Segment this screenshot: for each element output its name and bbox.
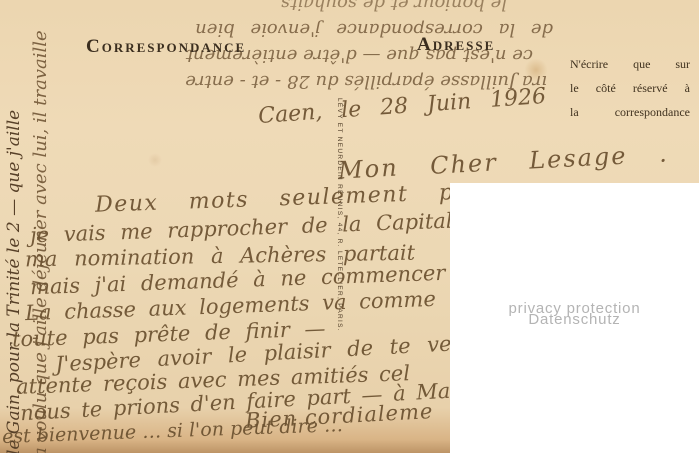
printed-notice: N'écrire que sur le côté réservé à la co… <box>570 52 690 124</box>
privacy-overlay: privacy protection Datenschutz <box>450 183 699 453</box>
correspondance-header: Correspondance <box>86 36 246 58</box>
privacy-overlay-text-de: Datenschutz <box>450 312 699 327</box>
publisher-imprint: LÉVY ET NEURDEIN RÉUNIS, 44, R. LETELLIE… <box>336 98 343 376</box>
salutation: Mon Cher Lesage . <box>337 139 669 184</box>
show-through-line: le bonjour et de souhaits <box>72 0 507 16</box>
notice-line: la correspondance <box>570 100 690 124</box>
postcard-scan: ira Juillasse éparpillés du 28 - et - en… <box>0 0 699 453</box>
notice-line: N'écrire que sur <box>570 52 690 76</box>
notice-line: le côté réservé à <box>570 76 690 100</box>
adresse-header: Adresse <box>417 34 495 56</box>
